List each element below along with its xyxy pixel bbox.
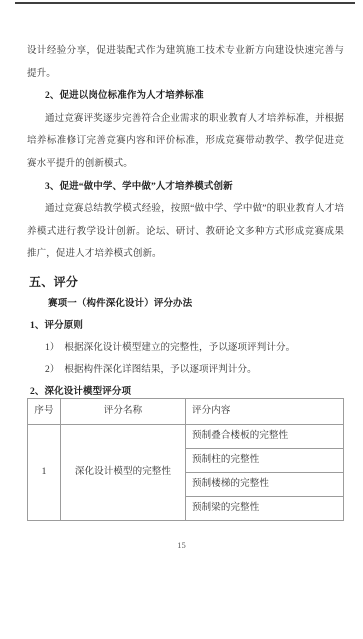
- page-number: 15: [0, 540, 363, 550]
- table-cell-item-stair: 预制楼梯的完整性: [186, 472, 344, 496]
- list-item-principle-1: 1） 根据深化设计模型建立的完整性，予以逐项评判计分。: [27, 337, 344, 359]
- section-title-scoring: 五、评分: [27, 271, 344, 293]
- list-item-principle-2: 2） 根据构件深化详图结果，予以逐项评判计分。: [27, 359, 344, 381]
- table-header-detail: 评分内容: [186, 398, 344, 424]
- table-cell-item-slab: 预制叠合楼板的完整性: [186, 424, 344, 448]
- table-cell-score-name: 深化设计模型的完整性: [61, 424, 186, 520]
- top-page-divider: [15, 2, 355, 4]
- paragraph-design-sharing: 设计经验分享，促进装配式作为建筑施工技术专业新方向建设快速完善与提升。: [27, 40, 344, 85]
- table-cell-row-index: 1: [28, 424, 61, 520]
- subheading-event-one: 赛项一（构件深化设计）评分办法: [27, 293, 344, 315]
- scoring-table: 序号 评分名称 评分内容 1 深化设计模型的完整性 预制叠合楼板的完整性 预制柱…: [27, 398, 344, 521]
- heading-scoring-principles: 1、评分原则: [27, 315, 344, 337]
- paragraph-job-standard: 通过竞赛评奖逐步完善符合企业需求的职业教育人才培养标准，并根据培养标准修订完善竞…: [27, 108, 344, 176]
- heading-job-standard: 2、促进以岗位标准作为人才培养标准: [27, 85, 344, 108]
- table-row: 1 深化设计模型的完整性 预制叠合楼板的完整性: [28, 424, 344, 448]
- table-cell-item-column: 预制柱的完整性: [186, 448, 344, 472]
- table-cell-item-beam: 预制梁的完整性: [186, 496, 344, 520]
- document-content: 设计经验分享，促进装配式作为建筑施工技术专业新方向建设快速完善与提升。 2、促进…: [27, 40, 344, 521]
- document-page: { "content": { "para_top": "设计经验分享，促进装配式…: [0, 0, 363, 639]
- heading-learning-mode: 3、促进“做中学、学中做”人才培养模式创新: [27, 176, 344, 199]
- paragraph-learning-mode: 通过竞赛总结教学模式经验，按照“做中学、学中做”的职业教育人才培养模式进行教学设…: [27, 198, 344, 266]
